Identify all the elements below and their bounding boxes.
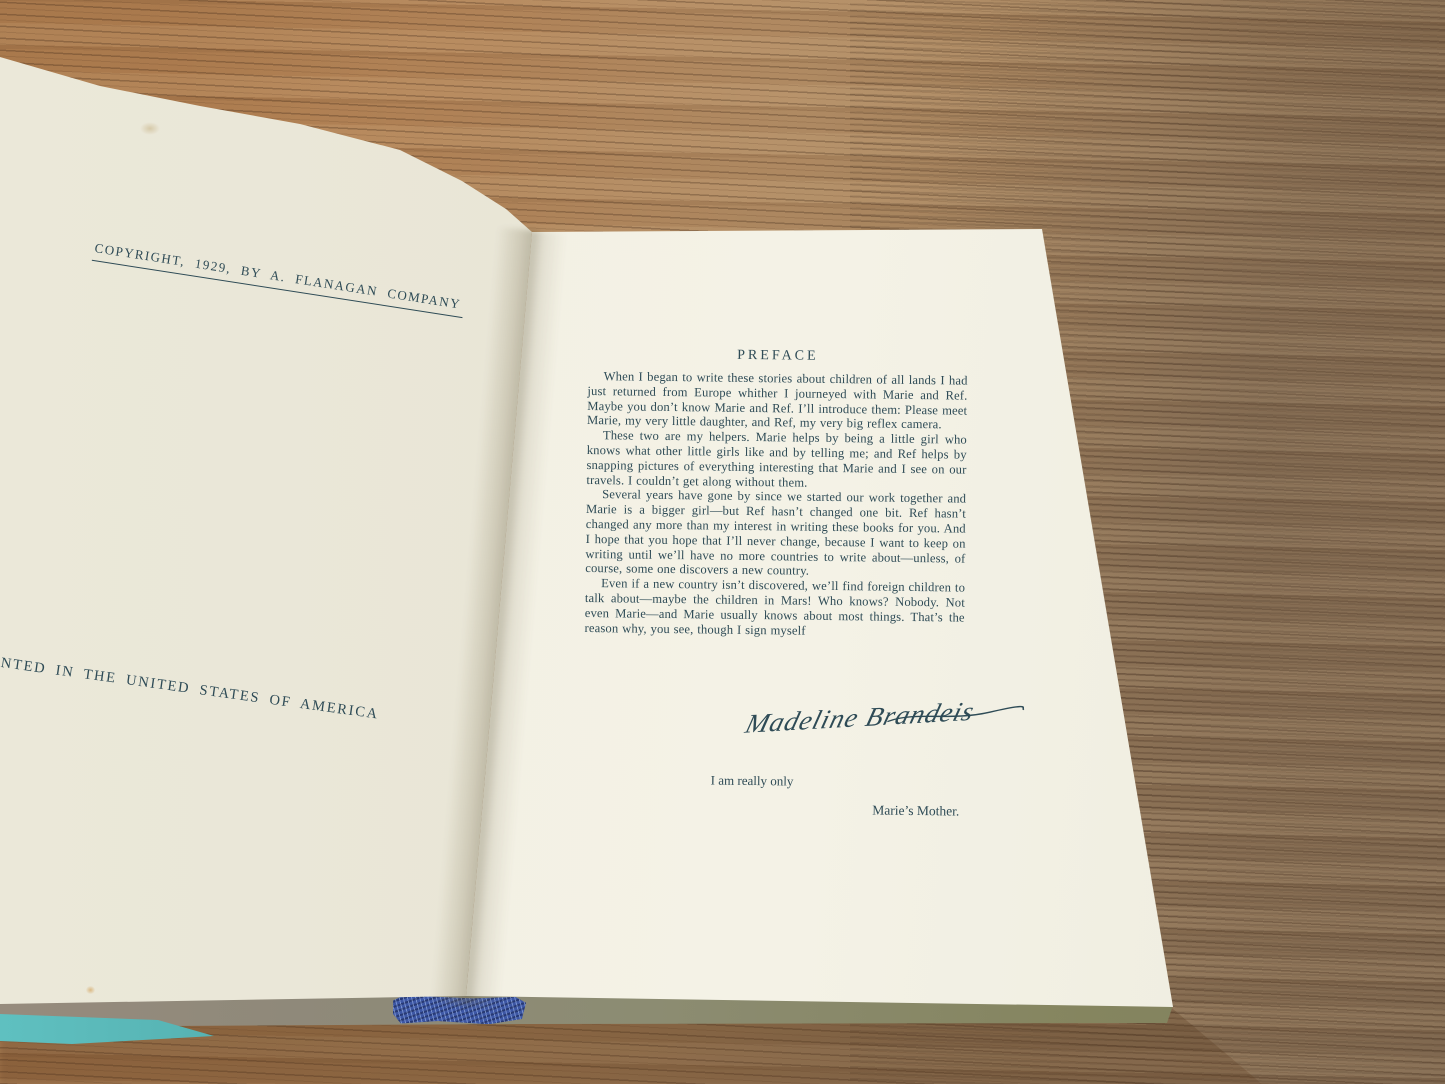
page-stain-small <box>86 986 95 994</box>
preface-paragraph-1: When I began to write these stories abou… <box>587 369 968 433</box>
preface-paragraph-4: Even if a new country isn’t discovered, … <box>584 576 965 640</box>
preface-paragraph-2: These two are my helpers. Marie helps by… <box>586 428 967 492</box>
preface-text-block: PREFACE When I began to write these stor… <box>582 347 968 832</box>
page-stain <box>140 122 160 135</box>
closing-name: Marie’s Mother. <box>872 803 959 820</box>
preface-paragraph-3: Several years have gone by since we star… <box>585 487 966 580</box>
author-signature: Madeline Brandeis <box>742 696 978 740</box>
closing-line: I am really only <box>711 773 794 790</box>
open-book-photo: COPYRIGHT, 1929, BY A. FLANAGAN COMPANY … <box>0 0 1445 1084</box>
